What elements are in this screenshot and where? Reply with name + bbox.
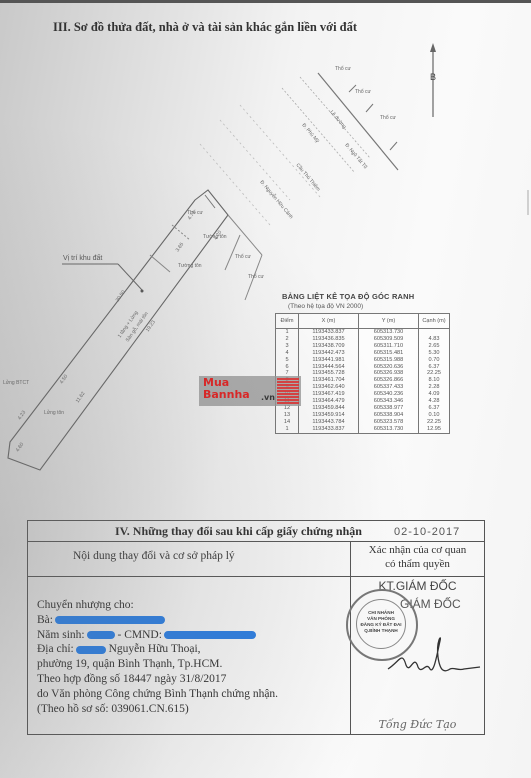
coordinate-cell: 1193444.564	[299, 364, 359, 371]
coordinate-row: 51193441.981605315.9880.70	[276, 357, 450, 364]
coordinate-table-header: Điểm X (m) Y (m) Cạnh (m)	[276, 314, 450, 329]
coordinate-cell: 605337.433	[359, 384, 419, 391]
coordinate-cell: 605338.904	[359, 412, 419, 419]
watermark-line2: Bannha	[203, 388, 250, 401]
name-line: Bà:	[37, 613, 278, 628]
header-x: X (m)	[299, 314, 359, 329]
left-column-header: Nội dung thay đổi và cơ sở pháp lý	[73, 550, 235, 562]
coordinate-row: 91193462.640605337.4332.28	[276, 384, 450, 391]
coordinate-cell	[419, 329, 450, 336]
svg-text:Đ. Ngô Tất Tố: Đ. Ngô Tất Tố	[343, 142, 368, 170]
svg-text:Thổ cư: Thổ cư	[235, 253, 252, 260]
coordinate-cell: 1	[276, 426, 299, 433]
coordinate-cell: 6.37	[419, 405, 450, 412]
coordinate-cell: 1	[276, 329, 299, 336]
svg-text:Vị trí khu đất: Vị trí khu đất	[63, 253, 102, 262]
stamp-date: 02-10-2017	[394, 526, 460, 538]
svg-text:4.23: 4.23	[17, 410, 28, 422]
svg-text:Lề đường: Lề đường	[328, 109, 347, 130]
coordinate-cell: 1193459.844	[299, 405, 359, 412]
coordinate-table-title: BẢNG LIỆT KÊ TỌA ĐỘ GÓC RANH	[282, 292, 414, 301]
coordinate-cell: 605313.730	[359, 329, 419, 336]
header-point: Điểm	[276, 314, 299, 329]
coordinate-table-subtitle: (Theo hệ tọa độ VN 2000)	[288, 303, 363, 310]
right-column-header: Xác nhận của cơ quan có thẩm quyền	[351, 543, 484, 571]
watermark-suffix: .vn	[261, 393, 275, 402]
svg-text:B: B	[430, 72, 436, 82]
coordinate-row: 71193455.728605326.93822.25	[276, 370, 450, 377]
coordinate-cell: 6	[276, 364, 299, 371]
building-icon	[277, 378, 299, 404]
coordinate-cell: 12.95	[419, 426, 450, 433]
right-header-line2: có thẩm quyền	[385, 558, 450, 570]
coordinate-cell: 605338.977	[359, 405, 419, 412]
right-header-line1: Xác nhận của cơ quan	[369, 544, 466, 556]
coordinate-cell: 8.10	[419, 377, 450, 384]
signer-name: Tống Đức Tạo	[351, 718, 484, 731]
coordinate-cell: 1193438.709	[299, 343, 359, 350]
svg-text:11.62: 11.62	[75, 391, 87, 405]
coordinate-cell: 3	[276, 343, 299, 350]
coordinate-cell: 605309.509	[359, 336, 419, 343]
subheader-divider	[28, 576, 484, 577]
transfer-line: Chuyển nhượng cho:	[37, 598, 278, 613]
coordinate-cell: 1193443.784	[299, 419, 359, 426]
section-4-changes: IV. Những thay đổi sau khi cấp giấy chứn…	[27, 520, 485, 735]
coordinate-cell: 1193461.704	[299, 377, 359, 384]
coordinate-cell: 22.25	[419, 370, 450, 377]
coordinate-row: 11193433.837605313.73012.95	[276, 426, 450, 433]
coordinate-row: 41193442.473605315.4815.30	[276, 350, 450, 357]
coordinate-cell: 2	[276, 336, 299, 343]
coordinate-cell: 605326.938	[359, 370, 419, 377]
address-value: Nguyễn Hữu Thoại,	[109, 643, 201, 655]
svg-text:Cầu Thủ Thiêm: Cầu Thủ Thiêm	[294, 162, 321, 193]
coordinate-cell: 1193464.479	[299, 398, 359, 405]
coordinate-cell: 1193467.419	[299, 391, 359, 398]
svg-text:Tường tôn: Tường tôn	[178, 263, 202, 269]
coordinate-row: 21193436.835605309.5094.83	[276, 336, 450, 343]
svg-text:19.23: 19.23	[145, 319, 157, 333]
coordinate-row: 111193464.479605343.3464.28	[276, 398, 450, 405]
coordinate-cell: 4	[276, 350, 299, 357]
coordinate-cell: 605313.730	[359, 426, 419, 433]
coordinate-cell: 0.70	[419, 357, 450, 364]
coordinate-cell: 5	[276, 357, 299, 364]
svg-text:3.65: 3.65	[175, 242, 186, 254]
header-edge: Cạnh (m)	[419, 314, 450, 329]
notary-line: do Văn phòng Công chứng Bình Thạnh chứng…	[37, 687, 278, 702]
birth-id-line: Năm sinh: - CMND:	[37, 628, 278, 643]
coordinate-cell: 1193455.728	[299, 370, 359, 377]
coordinate-table: Điểm X (m) Y (m) Cạnh (m) 11193433.83760…	[275, 313, 450, 434]
watermark-text: Mua Bannha	[203, 377, 250, 401]
svg-text:Lửng tôn: Lửng tôn	[44, 409, 64, 416]
svg-text:Thổ cư: Thổ cư	[335, 65, 352, 72]
coordinate-cell: 22.25	[419, 419, 450, 426]
name-label: Bà:	[37, 614, 53, 626]
svg-text:Thổ cư: Thổ cư	[380, 114, 397, 121]
coordinate-cell: 605320.636	[359, 364, 419, 371]
coordinate-cell: 4.83	[419, 336, 450, 343]
coordinate-row: 31193438.709605311.7102.65	[276, 343, 450, 350]
redaction-mark	[76, 646, 106, 654]
coordinate-cell: 5.30	[419, 350, 450, 357]
coordinate-row: 101193467.419605340.2364.09	[276, 391, 450, 398]
coordinate-cell: 1193441.981	[299, 357, 359, 364]
section-3-title: III. Sơ đồ thửa đất, nhà ở và tài sản kh…	[53, 20, 357, 35]
address-line: Địa chỉ: Nguyễn Hữu Thoại,	[37, 642, 278, 657]
coordinate-cell: 605340.236	[359, 391, 419, 398]
coordinate-cell: 1193442.473	[299, 350, 359, 357]
coordinate-cell: 6.37	[419, 364, 450, 371]
coordinate-row: 81193461.704605326.8668.10	[276, 377, 450, 384]
coordinate-cell: 4.28	[419, 398, 450, 405]
address-line-2: phường 19, quận Bình Thạnh, Tp.HCM.	[37, 657, 278, 672]
file-number-line: (Theo hồ sơ số: 039061.CN.615)	[37, 702, 278, 717]
svg-text:Thổ cư: Thổ cư	[248, 273, 265, 280]
change-content: Chuyển nhượng cho: Bà: Năm sinh: - CMND:…	[37, 598, 278, 716]
coordinate-cell: 0.10	[419, 412, 450, 419]
redaction-mark	[164, 631, 256, 639]
coordinate-row: 141193443.784605323.57822.25	[276, 419, 450, 426]
coordinate-row: 131193459.914605338.9040.10	[276, 412, 450, 419]
redaction-mark	[87, 631, 115, 639]
section-4-header: IV. Những thay đổi sau khi cấp giấy chứn…	[28, 521, 484, 542]
svg-text:Lửng BTCT: Lửng BTCT	[3, 379, 29, 386]
address-label: Địa chỉ:	[37, 643, 74, 655]
svg-text:Thổ cư: Thổ cư	[355, 88, 372, 95]
coordinate-cell: 1193433.837	[299, 426, 359, 433]
signature-icon	[380, 631, 490, 681]
svg-text:Đ. Phú Mỹ: Đ. Phú Mỹ	[300, 122, 320, 144]
coordinate-cell: 1193436.835	[299, 336, 359, 343]
coordinate-cell: 1193462.640	[299, 384, 359, 391]
coordinate-cell: 14	[276, 419, 299, 426]
north-arrow-icon: B	[430, 43, 436, 117]
watermark-logo: Mua Bannha .vn	[199, 376, 301, 406]
coordinate-cell: 2.65	[419, 343, 450, 350]
coordinate-row: 121193459.844605338.9776.37	[276, 405, 450, 412]
coordinate-row: 61193444.564605320.6366.37	[276, 364, 450, 371]
coordinate-cell: 605326.866	[359, 377, 419, 384]
section-4-title: IV. Những thay đổi sau khi cấp giấy chứn…	[115, 524, 362, 539]
plot-sketch: B Thổ cư Thổ cư Thổ cư Lề đường Đ. Phú M…	[0, 40, 531, 510]
contract-line: Theo hợp đồng số 18447 ngày 31/8/2017	[37, 672, 278, 687]
coordinate-cell: 12	[276, 405, 299, 412]
land-plot-diagram: B Thổ cư Thổ cư Thổ cư Lề đường Đ. Phú M…	[0, 40, 531, 510]
header-y: Y (m)	[359, 314, 419, 329]
coordinate-row: 11193433.837605313.730	[276, 329, 450, 336]
coordinate-cell: 605315.988	[359, 357, 419, 364]
svg-text:4.60: 4.60	[15, 442, 26, 454]
coordinate-cell: 1193459.914	[299, 412, 359, 419]
id-label: - CMND:	[117, 629, 161, 641]
coordinate-cell: 605343.346	[359, 398, 419, 405]
redaction-mark	[55, 616, 165, 624]
coordinate-cell: 13	[276, 412, 299, 419]
birth-label: Năm sinh:	[37, 629, 85, 641]
top-edge	[0, 0, 531, 3]
coordinate-cell: 2.28	[419, 384, 450, 391]
coordinate-cell: 605315.481	[359, 350, 419, 357]
coordinate-cell: 4.09	[419, 391, 450, 398]
coordinate-cell: 605323.578	[359, 419, 419, 426]
coordinate-cell: 605311.710	[359, 343, 419, 350]
coordinate-cell: 1193433.837	[299, 329, 359, 336]
